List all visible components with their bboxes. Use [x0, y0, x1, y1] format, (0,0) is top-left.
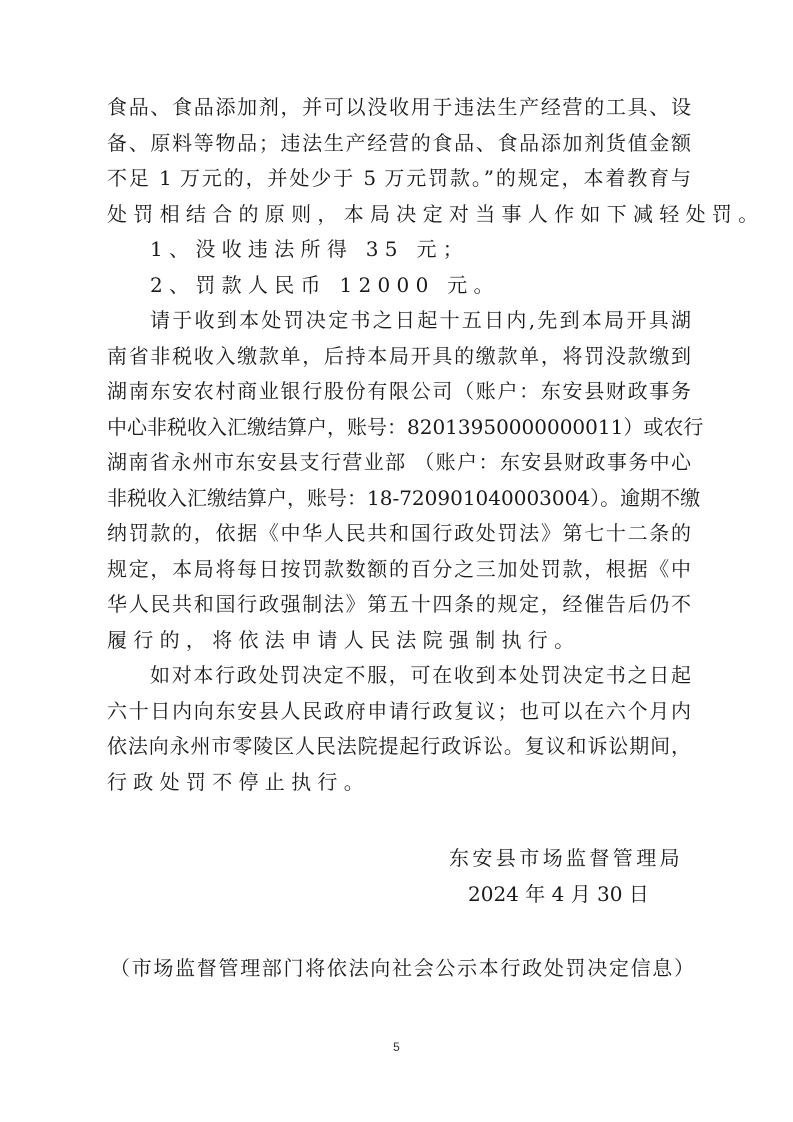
public-disclosure-notice: （市场监督管理部门将依法向社会公示本行政处罚决定信息）	[110, 951, 694, 985]
body-line: 履行的，将依法申请人民法院强制执行。	[107, 623, 691, 659]
body-line: 依法向永州市零陵区人民法院提起行政诉讼。复议和诉讼期间，	[107, 729, 691, 765]
body-line: 湖南省永州市东安县支行营业部 （账户：东安县财政事务中心	[107, 445, 691, 481]
body-line: 规定，本局将每日按罚款数额的百分之三加处罚款，根据《中	[107, 552, 691, 588]
penalty-item-fine: 2、罚款人民币 12000 元。	[107, 268, 691, 304]
body-line: 食品、食品添加剂，并可以没收用于违法生产经营的工具、设	[107, 90, 691, 126]
document-page: 食品、食品添加剂，并可以没收用于违法生产经营的工具、设 备、原料等物品；违法生产…	[0, 0, 793, 1122]
body-line: 六十日内向东安县人民政府申请行政复议；也可以在六个月内	[107, 694, 691, 730]
body-line: 不足 1 万元的，并处少于 5 万元罚款。”的规定，本着教育与	[107, 161, 691, 197]
bank-account-line: 中心非税收入汇缴结算户，账号：82013950000000011）或农行	[107, 410, 691, 446]
issuing-authority: 东安县市场监督管理局	[449, 840, 664, 876]
body-line: 请于收到本处罚决定书之日起十五日内,先到本局开具湖	[107, 303, 691, 339]
body-line: 处罚相结合的原则，本局决定对当事人作如下减轻处罚。	[107, 197, 691, 233]
body-line: 华人民共和国行政强制法》第五十四条的规定，经催告后仍不	[107, 587, 691, 623]
body-line: 备、原料等物品；违法生产经营的食品、食品添加剂货值金额	[107, 126, 691, 162]
signature-block: 东安县市场监督管理局 2024 年 4 月 30 日	[449, 840, 664, 912]
bank-account-line: 非税收入汇缴结算户，账号：18-720901040003004）。逾期不缴	[107, 481, 691, 517]
body-line: 纳罚款的，依据《中华人民共和国行政处罚法》第七十二条的	[107, 516, 691, 552]
decision-body: 食品、食品添加剂，并可以没收用于违法生产经营的工具、设 备、原料等物品；违法生产…	[107, 90, 691, 800]
penalty-item-confiscation: 1、没收违法所得 35 元；	[107, 232, 691, 268]
body-line: 如对本行政处罚决定不服，可在收到本处罚决定书之日起	[107, 658, 691, 694]
body-line: 南省非税收入缴款单，后持本局开具的缴款单，将罚没款缴到	[107, 339, 691, 375]
body-line: 湖南东安农村商业银行股份有限公司（账户：东安县财政事务	[107, 374, 691, 410]
page-number: 5	[0, 1040, 793, 1054]
issue-date: 2024 年 4 月 30 日	[449, 876, 664, 912]
body-line: 行政处罚不停止执行。	[107, 765, 691, 801]
